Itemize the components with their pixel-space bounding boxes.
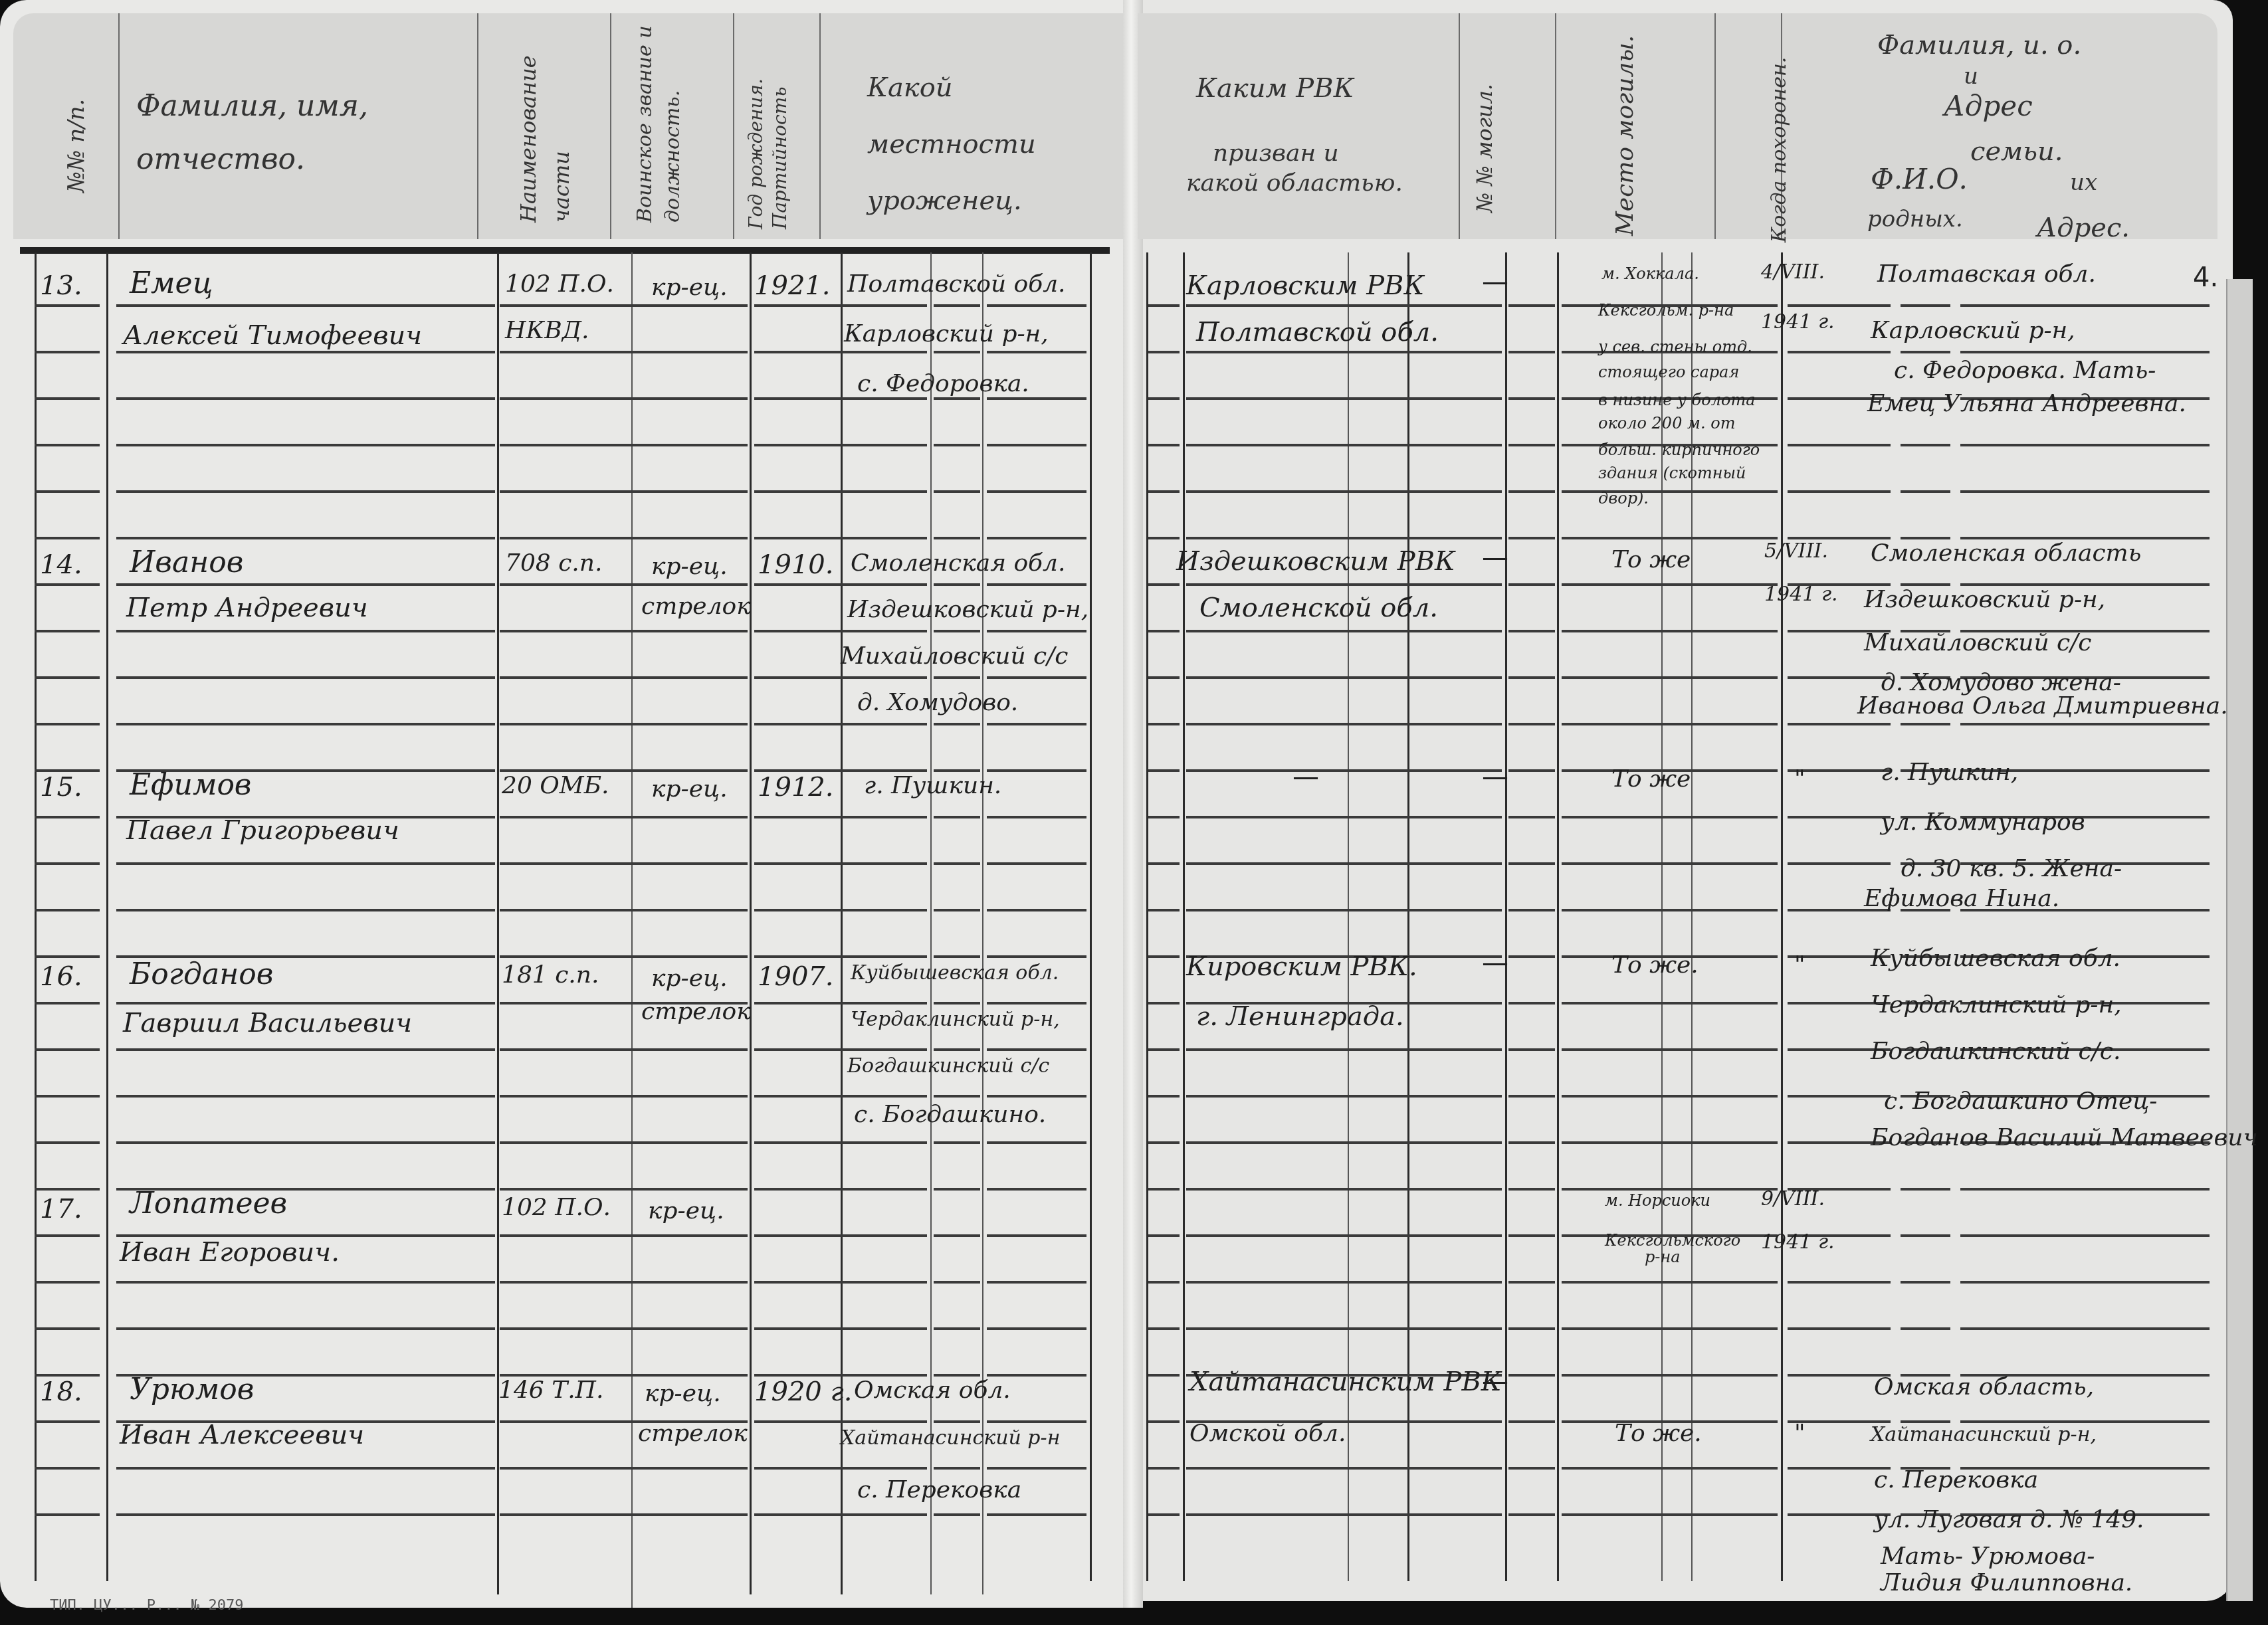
family-relative: Мать- Урюмова-: [1881, 1545, 2095, 1569]
ruled-line: [35, 351, 100, 353]
ruled-line: [1186, 769, 1502, 772]
name-patronymic: Петр Андреевич: [126, 595, 368, 621]
ruled-line: [1901, 1327, 1950, 1330]
ruled-line: [987, 397, 1086, 400]
family-address: с. Перековка: [1874, 1468, 2038, 1492]
ruled-line: [116, 1141, 495, 1144]
family-address: Чердаклинский р-н,: [1871, 993, 2122, 1017]
burial-date: ": [1794, 1422, 1805, 1446]
ruled-line: [116, 1513, 495, 1516]
ruled-line: [1148, 1420, 1180, 1423]
ruled-line: [1186, 862, 1502, 865]
ruled-line: [1960, 351, 2210, 353]
ruled-line: [1186, 304, 1502, 307]
ruled-line: [987, 723, 1086, 725]
ruled-line: [1148, 444, 1180, 446]
ruled-line: [1148, 816, 1180, 818]
ruled-line: [754, 537, 927, 539]
burial-place: около 200 м. от: [1598, 415, 1735, 431]
ruled-line: [934, 1467, 980, 1470]
ruled-line: [1186, 1048, 1502, 1051]
ruled-line: [116, 1467, 495, 1470]
name-patronymic: Иван Алексеевич: [120, 1422, 364, 1448]
ruled-line: [1901, 351, 1950, 353]
header-num: №№ п/п.: [63, 99, 90, 193]
ruled-line: [1508, 1002, 1555, 1004]
family-address: Богдашкинский с/с.: [1871, 1040, 2120, 1064]
header-family-5: Ф.И.О.: [1871, 163, 1968, 195]
burial-place: здания (скотный: [1598, 465, 1746, 481]
header-cell-rvk: [1138, 13, 1460, 239]
birthplace: Омская обл.: [854, 1379, 1011, 1402]
ruled-line: [1186, 1467, 1502, 1470]
rvk: Омской обл.: [1189, 1422, 1346, 1446]
ruled-line: [1562, 723, 1778, 725]
ruled-line: [987, 1234, 1086, 1237]
ruled-line: [987, 537, 1086, 539]
ruled-line: [1562, 1095, 1778, 1098]
ruled-line: [1901, 444, 1950, 446]
ruled-line: [116, 1002, 495, 1004]
grave-number: —: [1482, 1369, 1508, 1395]
birthplace: Богдашкинский с/с: [847, 1056, 1049, 1076]
col-divider: [1146, 252, 1148, 1581]
rank: стрелок: [641, 595, 751, 619]
birthplace: Издешковский р-н,: [847, 598, 1088, 622]
ruled-line: [1562, 1281, 1778, 1284]
header-family-1: Фамилия, и. о.: [1877, 30, 2081, 60]
header-rvk-1: Каким РВК: [1196, 73, 1354, 104]
ruled-line: [754, 1327, 927, 1330]
ruled-line: [754, 1513, 927, 1516]
ruled-line: [754, 351, 927, 353]
ruled-line: [754, 1048, 927, 1051]
burial-place: двор).: [1598, 490, 1649, 506]
ruled-line: [934, 583, 980, 586]
ruled-line: [934, 304, 980, 307]
family-address: Хайтанасинский р-н,: [1871, 1425, 2097, 1445]
ruled-line: [500, 1234, 748, 1237]
ruled-line: [500, 1281, 748, 1284]
ruled-line: [987, 583, 1086, 586]
ruled-line: [35, 1234, 100, 1237]
ruled-line: [1186, 351, 1502, 353]
ruled-line: [500, 1513, 748, 1516]
ruled-line: [1148, 676, 1180, 679]
ruled-line: [934, 630, 980, 632]
ruled-line: [35, 630, 100, 632]
surname: Богданов: [130, 960, 273, 989]
grave-number: —: [1482, 950, 1508, 977]
ruled-line: [1148, 1467, 1180, 1470]
family-relative: Лидия Филипповна.: [1881, 1571, 2132, 1595]
name-patronymic: Иван Егорович.: [120, 1239, 340, 1266]
unit: 146 Т.П.: [498, 1379, 603, 1402]
ruled-line: [500, 1467, 748, 1470]
family-address: ул. Коммунаров: [1881, 811, 2085, 834]
ruled-line: [1508, 444, 1555, 446]
ruled-line: [987, 630, 1086, 632]
ruled-line: [1788, 816, 1891, 818]
ruled-line: [1508, 1141, 1555, 1144]
ruled-line: [934, 351, 980, 353]
ruled-line: [754, 1234, 927, 1237]
birthplace: Карловский р-н,: [844, 322, 1049, 346]
name-patronymic: Павел Григорьевич: [126, 817, 399, 844]
birthplace: Смоленская обл.: [851, 551, 1065, 575]
ruled-line: [754, 1467, 927, 1470]
birth-year: 1912.: [758, 774, 834, 801]
rvk: г. Ленинграда.: [1196, 1003, 1404, 1030]
burial-date: 9/VIII.: [1761, 1189, 1825, 1209]
row-number: 15.: [40, 774, 82, 801]
rank: стрелок: [638, 1422, 748, 1446]
burial-date: 1941 г.: [1761, 1232, 1835, 1252]
ruled-line: [1186, 397, 1502, 400]
ruled-line: [1148, 630, 1180, 632]
ruled-line: [35, 304, 100, 307]
ruled-line: [500, 351, 748, 353]
ruled-line: [987, 444, 1086, 446]
family-address: с. Богдашкино Отец-: [1884, 1090, 2158, 1113]
unit: 102 П.О.: [505, 272, 614, 296]
ruled-line: [1788, 676, 1891, 679]
burial-date: 1941 г.: [1764, 585, 1838, 605]
ruled-line: [116, 537, 495, 539]
family-address: Михайловский с/с: [1864, 631, 2091, 655]
family-address: с. Федоровка. Мать-: [1894, 359, 2156, 383]
birth-year: 1920 г.: [754, 1379, 852, 1405]
ruled-line: [1901, 1234, 1950, 1237]
ruled-line: [934, 1420, 980, 1423]
ruled-line: [1508, 1048, 1555, 1051]
table-top-rule-left: [20, 247, 1110, 254]
ruled-line: [1508, 862, 1555, 865]
ruled-line: [987, 1188, 1086, 1191]
ruled-line: [754, 862, 927, 865]
ruled-line: [934, 490, 980, 493]
family-address: г. Пушкин,: [1881, 761, 2018, 785]
ruled-line: [1562, 630, 1778, 632]
rank: кр-ец.: [651, 276, 728, 300]
ruled-line: [1148, 723, 1180, 725]
header-unit: Наименование части: [512, 23, 578, 223]
header-family-4: семьи.: [1970, 136, 2063, 167]
rank: кр-ец.: [648, 1199, 724, 1223]
ruled-line: [1508, 583, 1555, 586]
unit: 708 с.п.: [505, 551, 602, 575]
header-rvk-2: призван и: [1213, 140, 1339, 167]
ruled-line: [987, 1095, 1086, 1098]
ruled-line: [1148, 583, 1180, 586]
family-address: д. 30 кв. 5. Жена-: [1901, 857, 2122, 881]
ruled-line: [35, 816, 100, 818]
ruled-line: [1148, 1234, 1180, 1237]
ruled-line: [116, 1048, 495, 1051]
ruled-line: [1508, 955, 1555, 958]
family-address: Полтавская обл.: [1877, 262, 2096, 286]
ruled-line: [35, 397, 100, 400]
unit: 181 с.п.: [502, 963, 599, 987]
ruled-line: [116, 583, 495, 586]
book-gutter: [1123, 0, 1143, 1608]
row-number: 16.: [40, 963, 82, 990]
ruled-line: [1562, 490, 1778, 493]
header-rvk-3: какой областью.: [1186, 169, 1403, 197]
burial-date: ": [1794, 953, 1805, 977]
ruled-line: [754, 1141, 927, 1144]
header-birth-party: Год рождения. Партийность: [744, 3, 792, 229]
name-patronymic: Гавриил Васильевич: [123, 1010, 412, 1036]
ruled-line: [35, 909, 100, 911]
ruled-line: [1148, 1048, 1180, 1051]
ruled-line: [35, 1141, 100, 1144]
ruled-line: [500, 955, 748, 958]
ruled-line: [1148, 397, 1180, 400]
ruled-line: [934, 397, 980, 400]
ruled-line: [116, 304, 495, 307]
ruled-line: [1788, 1281, 1891, 1284]
name-patronymic: Алексей Тимофеевич: [123, 322, 422, 349]
ruled-line: [1562, 1048, 1778, 1051]
ruled-line: [116, 444, 495, 446]
ruled-line: [116, 862, 495, 865]
ruled-line: [1960, 723, 2210, 725]
ruled-line: [754, 816, 927, 818]
col-divider: [1090, 252, 1092, 1581]
ruled-line: [500, 304, 748, 307]
ruled-line: [754, 583, 927, 586]
rvk: Карловским РВК: [1186, 272, 1424, 299]
ruled-line: [1508, 351, 1555, 353]
birthplace: д. Хомудово.: [857, 691, 1018, 715]
birthplace: г. Пушкин.: [864, 774, 1001, 798]
ruled-line: [987, 1327, 1086, 1330]
surname: Емец: [130, 269, 213, 298]
ruled-line: [1148, 490, 1180, 493]
ruled-line: [1508, 630, 1555, 632]
ruled-line: [1508, 1467, 1555, 1470]
ruled-line: [1186, 723, 1502, 725]
ruled-line: [754, 1281, 927, 1284]
ruled-line: [1508, 490, 1555, 493]
ruled-line: [116, 490, 495, 493]
burial-place: стоящего сарая: [1598, 364, 1739, 380]
burial-place: в низине у болота: [1598, 392, 1756, 408]
col-divider: [35, 252, 37, 1581]
ruled-line: [1186, 1141, 1502, 1144]
ruled-line: [1148, 1095, 1180, 1098]
header-burial-date: Когда похоронен.: [1768, 57, 1791, 242]
burial-place: р-на: [1645, 1249, 1681, 1265]
ruled-line: [934, 816, 980, 818]
unit: 20 ОМБ.: [502, 774, 609, 798]
grave-number: —: [1482, 764, 1508, 791]
ruled-line: [1148, 304, 1180, 307]
ruled-line: [754, 1188, 927, 1191]
ruled-line: [934, 1048, 980, 1051]
ruled-line: [1148, 1141, 1180, 1144]
header-name: Фамилия, имя, отчество.: [136, 80, 415, 186]
family-relative: Емец Ульяна Андреевна.: [1867, 392, 2186, 416]
header-family-7: родных.: [1867, 206, 1963, 233]
ruled-line: [35, 1513, 100, 1516]
ruled-line: [500, 1095, 748, 1098]
ruled-line: [35, 1281, 100, 1284]
ruled-line: [116, 351, 495, 353]
ruled-line: [754, 630, 927, 632]
ruled-line: [1508, 909, 1555, 911]
ruled-line: [987, 1002, 1086, 1004]
ruled-line: [35, 1327, 100, 1330]
burial-place: То же: [1611, 767, 1691, 791]
ruled-line: [1562, 583, 1778, 586]
ruled-line: [35, 723, 100, 725]
ruled-line: [1562, 909, 1778, 911]
ruled-line: [1148, 1374, 1180, 1377]
birthplace: Хайтанасинский р-н: [841, 1428, 1060, 1448]
burial-place: у сев. стены отд.: [1598, 339, 1752, 355]
ruled-line: [1562, 1467, 1778, 1470]
ruled-line: [754, 490, 927, 493]
ruled-line: [1901, 304, 1950, 307]
ruled-line: [754, 909, 927, 911]
ruled-line: [1960, 1281, 2210, 1284]
ruled-line: [35, 1188, 100, 1191]
printer-imprint: ТИП. ЦУ... Р... № 2079: [50, 1597, 243, 1614]
ruled-line: [987, 769, 1086, 772]
header-rank: Воинское звание и должность.: [631, 23, 687, 223]
ruled-line: [1788, 444, 1891, 446]
ruled-line: [500, 909, 748, 911]
ruled-line: [1508, 304, 1555, 307]
ruled-line: [987, 816, 1086, 818]
ruled-line: [1788, 351, 1891, 353]
ruled-line: [934, 444, 980, 446]
ruled-line: [754, 304, 927, 307]
rvk: Смоленской обл.: [1199, 595, 1438, 621]
ruled-line: [934, 909, 980, 911]
family-address: д. Хомудово жена-: [1881, 671, 2121, 695]
col-divider: [1781, 252, 1783, 1581]
ruled-line: [1562, 1141, 1778, 1144]
rank: кр-ец.: [651, 555, 728, 579]
ruled-line: [1186, 490, 1502, 493]
birthplace: с. Федоровка.: [857, 372, 1029, 396]
ruled-line: [987, 909, 1086, 911]
header-family-3: Адрес: [1944, 90, 2033, 122]
family-address: Карловский р-н,: [1871, 319, 2075, 343]
ruled-line: [116, 723, 495, 725]
ruled-line: [1562, 1002, 1778, 1004]
rvk: Полтавской обл.: [1196, 319, 1439, 345]
page-number: 4.: [2193, 262, 2218, 293]
col-divider: [750, 252, 752, 1594]
ruled-line: [754, 1420, 927, 1423]
ruled-line: [1186, 1281, 1502, 1284]
col-divider: [1183, 252, 1185, 1581]
burial-place: Кексгольм. р-на: [1598, 302, 1734, 318]
ruled-line: [987, 1420, 1086, 1423]
ruled-line: [1508, 397, 1555, 400]
burial-place: Кексгольмского: [1605, 1232, 1740, 1248]
ruled-line: [116, 1327, 495, 1330]
grave-number: —: [1482, 269, 1508, 296]
family-address: Куйбышевская обл.: [1871, 947, 2120, 971]
ruled-line: [1562, 862, 1778, 865]
ruled-line: [35, 583, 100, 586]
family-relative: Иванова Ольга Дмитриевна.: [1857, 694, 2228, 718]
ruled-line: [934, 1095, 980, 1098]
ruled-line: [35, 1002, 100, 1004]
burial-date: 5/VIII.: [1764, 541, 1828, 561]
surname: Урюмов: [130, 1375, 254, 1404]
ruled-line: [1508, 769, 1555, 772]
ruled-line: [500, 676, 748, 679]
rvk: Кировским РВК.: [1186, 953, 1417, 980]
ruled-line: [35, 955, 100, 958]
row-number: 14.: [40, 551, 82, 578]
ruled-line: [1508, 1188, 1555, 1191]
row-number: 18.: [40, 1379, 82, 1405]
ruled-line: [934, 955, 980, 958]
ruled-line: [1148, 1281, 1180, 1284]
ruled-line: [500, 444, 748, 446]
ruled-line: [1186, 676, 1502, 679]
ruled-line: [500, 1327, 748, 1330]
ruled-line: [1186, 1327, 1502, 1330]
burial-place: То же: [1611, 548, 1691, 572]
ruled-line: [1508, 1095, 1555, 1098]
ruled-line: [35, 1467, 100, 1470]
family-address: Издешковский р-н,: [1864, 588, 2105, 612]
ruled-line: [1901, 490, 1950, 493]
ruled-line: [1148, 1188, 1180, 1191]
ruled-line: [934, 676, 980, 679]
surname: Ефимов: [130, 771, 251, 800]
ruled-line: [500, 583, 748, 586]
ruled-line: [500, 537, 748, 539]
ruled-line: [934, 1141, 980, 1144]
ruled-line: [1186, 816, 1502, 818]
ruled-line: [1186, 1234, 1502, 1237]
ruled-line: [35, 444, 100, 446]
header-grave-no: № № могил.: [1472, 84, 1497, 213]
ruled-line: [1788, 862, 1891, 865]
ruled-line: [116, 1095, 495, 1098]
row-number: 17.: [40, 1196, 82, 1222]
ruled-line: [35, 862, 100, 865]
birthplace: Полтавской обл.: [847, 272, 1066, 296]
ruled-line: [1148, 351, 1180, 353]
ruled-line: [500, 630, 748, 632]
header-family-6: их: [2070, 169, 2097, 196]
ruled-line: [1508, 1513, 1555, 1516]
ruled-line: [1901, 1188, 1950, 1191]
ruled-line: [1562, 1374, 1778, 1377]
ruled-line: [1562, 676, 1778, 679]
header-family-8: Адрес.: [2037, 213, 2130, 243]
ruled-line: [1148, 769, 1180, 772]
ruled-line: [1148, 1002, 1180, 1004]
ruled-line: [934, 1327, 980, 1330]
ruled-line: [934, 862, 980, 865]
ruled-line: [500, 490, 748, 493]
ruled-line: [934, 1188, 980, 1191]
ruled-line: [35, 1420, 100, 1423]
ruled-line: [500, 816, 748, 818]
ruled-line: [1186, 537, 1502, 539]
